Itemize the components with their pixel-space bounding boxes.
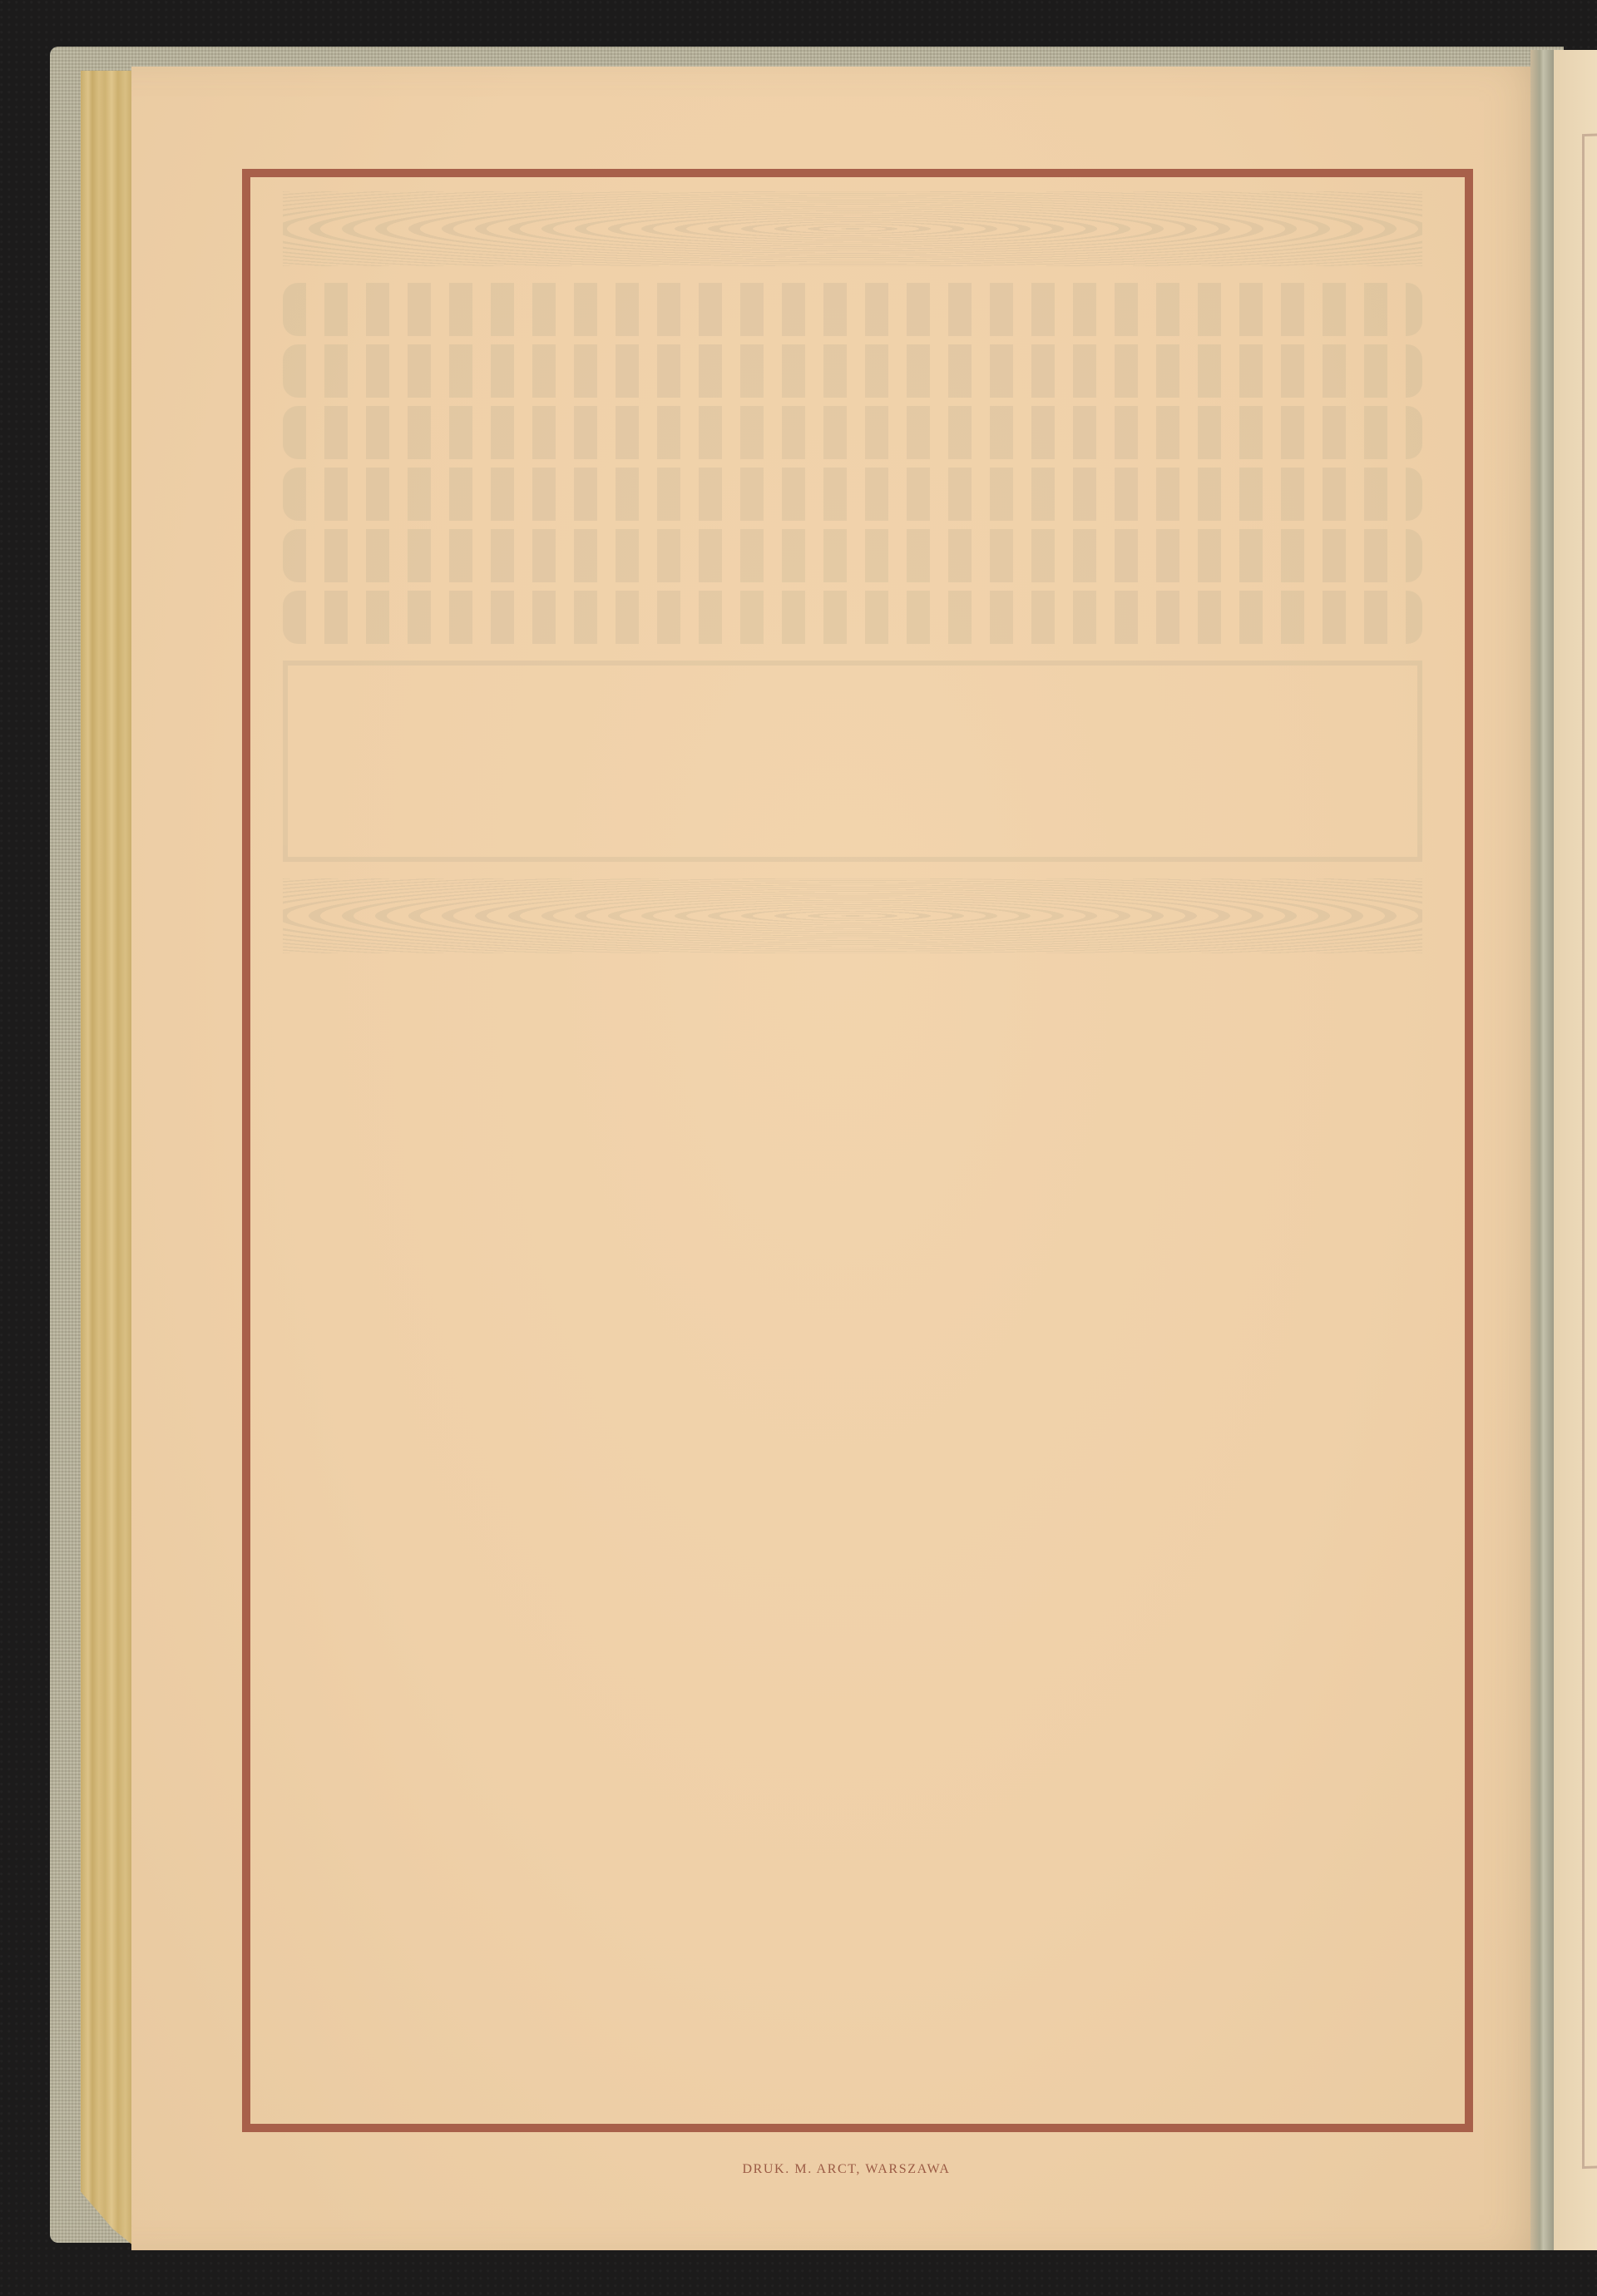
page-edges [81,71,134,2246]
decorative-frame [242,169,1473,2132]
book-gutter [1530,50,1554,2250]
adjacent-page-edge [1554,50,1597,2250]
printer-imprint-text: DRUK. M. ARCT, WARSZAWA [742,2162,950,2177]
printer-imprint: DRUK. M. ARCT, WARSZAWA [0,2162,1597,2177]
adjacent-page-frame [1582,132,1597,2169]
